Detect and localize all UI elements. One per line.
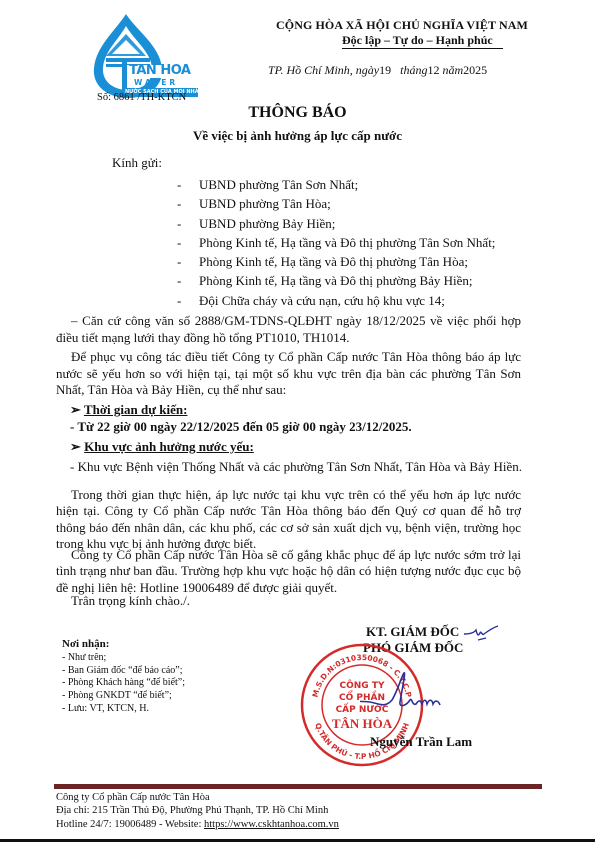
signature-scribble-icon [360,670,480,715]
closing-greeting: Trân trọng kính chào./. [71,593,190,609]
paragraph-impact: Trong thời gian thực hiện, áp lực nước t… [56,487,521,552]
logo-brand-main: TAN HOA [129,63,190,78]
recipient-item: - Ban Giám đốc “để báo cáo”; [62,665,185,678]
addressee-item: -UBND phường Bảy Hiền; [177,214,495,233]
company-logo: TAN HOA WATER NƯỚC SẠCH CỦA MỌI NHÀ [88,12,198,100]
footer-address: Địa chỉ: 215 Trần Thủ Độ, Phường Phú Thạ… [56,804,339,817]
footer-company: Công ty Cổ phần Cấp nước Tân Hòa [56,791,339,804]
signer-name: Nguyễn Trần Lam [370,734,472,750]
document-subtitle: Về việc bị ảnh hưởng áp lực cấp nước [0,128,595,144]
logo-brand-sub: WATER [134,78,178,87]
addressee-item: -Phòng Kinh tế, Hạ tầng và Đô thị phường… [177,252,495,271]
date-month: 12 [427,63,439,77]
footer-contact: Hotline 24/7: 19006489 - Website: https:… [56,818,339,831]
addressee-item: -Phòng Kinh tế, Hạ tầng và Đô thị phường… [177,271,495,290]
section-area-heading: ➢ Khu vực ảnh hưởng nước yếu: [70,439,254,455]
date-year-label: năm [442,63,463,77]
date-day: 19 [379,63,391,77]
section-time-detail: - Từ 22 giờ 00 ngày 22/12/2025 đến 05 gi… [70,419,412,435]
paragraph-basis: – Căn cứ công văn số 2888/GM-TDNS-QLĐHT … [56,313,521,346]
initials-scribble-icon [462,624,502,644]
footer-hotline: Hotline 24/7: 19006489 - Website: [56,819,204,830]
date-year: 2025 [463,63,487,77]
addressee-item: -UBND phường Tân Hòa; [177,194,495,213]
recipients-title: Nơi nhận: [62,638,109,650]
recipient-item: - Như trên; [62,652,185,665]
addressee-item: -Phòng Kinh tế, Hạ tầng và Đô thị phường… [177,233,495,252]
addressee-list: -UBND phường Tân Sơn Nhất; -UBND phường … [177,175,495,310]
date-place: TP. Hồ Chí Minh, ngày [268,63,379,77]
national-title: CỘNG HÒA XÃ HỘI CHỦ NGHĨA VIỆT NAM [276,18,528,33]
arrow-bullet-icon: ➢ [70,402,84,417]
recipients-list: - Như trên; - Ban Giám đốc “để báo cáo”;… [62,652,185,716]
paragraph-purpose: Để phục vụ công tác điều tiết Công ty Cổ… [56,349,521,399]
recipient-item: - Phòng Khách hàng “để biết”; [62,677,185,690]
signature-title-primary: KT. GIÁM ĐỐC [366,624,459,640]
addressee-label: Kính gửi: [112,155,162,171]
website-link[interactable]: https://www.cskhtanhoa.com.vn [204,819,339,830]
date-month-label: tháng [400,63,427,77]
recipient-item: - Phòng GNKDT “để biết”; [62,690,185,703]
initials-mark [462,624,502,644]
document-date: TP. Hồ Chí Minh, ngày19 tháng12 năm2025 [268,63,487,78]
arrow-bullet-icon: ➢ [70,439,84,454]
footer-divider [54,784,542,789]
document-title: THÔNG BÁO [0,104,595,122]
paragraph-hotline: Công ty Cổ phần Cấp nước Tân Hòa sẽ cố g… [56,547,521,596]
national-motto: Độc lập – Tự do – Hạnh phúc [342,33,493,48]
handwritten-signature [360,670,480,715]
addressee-item: -Đội Chữa cháy và cứu nạn, cứu hộ khu vự… [177,291,495,310]
addressee-item: -UBND phường Tân Sơn Nhất; [177,175,495,194]
section-area-detail: - Khu vực Bệnh viện Thống Nhất và các ph… [70,459,522,475]
svg-text:TÂN HÒA: TÂN HÒA [332,716,393,731]
motto-underline [342,48,503,49]
document-number: Số: 6861 /TH-KTCN [97,92,186,103]
recipient-item: - Lưu: VT, KTCN, H. [62,703,185,716]
section-time-heading: ➢ Thời gian dự kiến: [70,402,187,418]
footer-info: Công ty Cổ phần Cấp nước Tân Hòa Địa chỉ… [56,791,339,831]
